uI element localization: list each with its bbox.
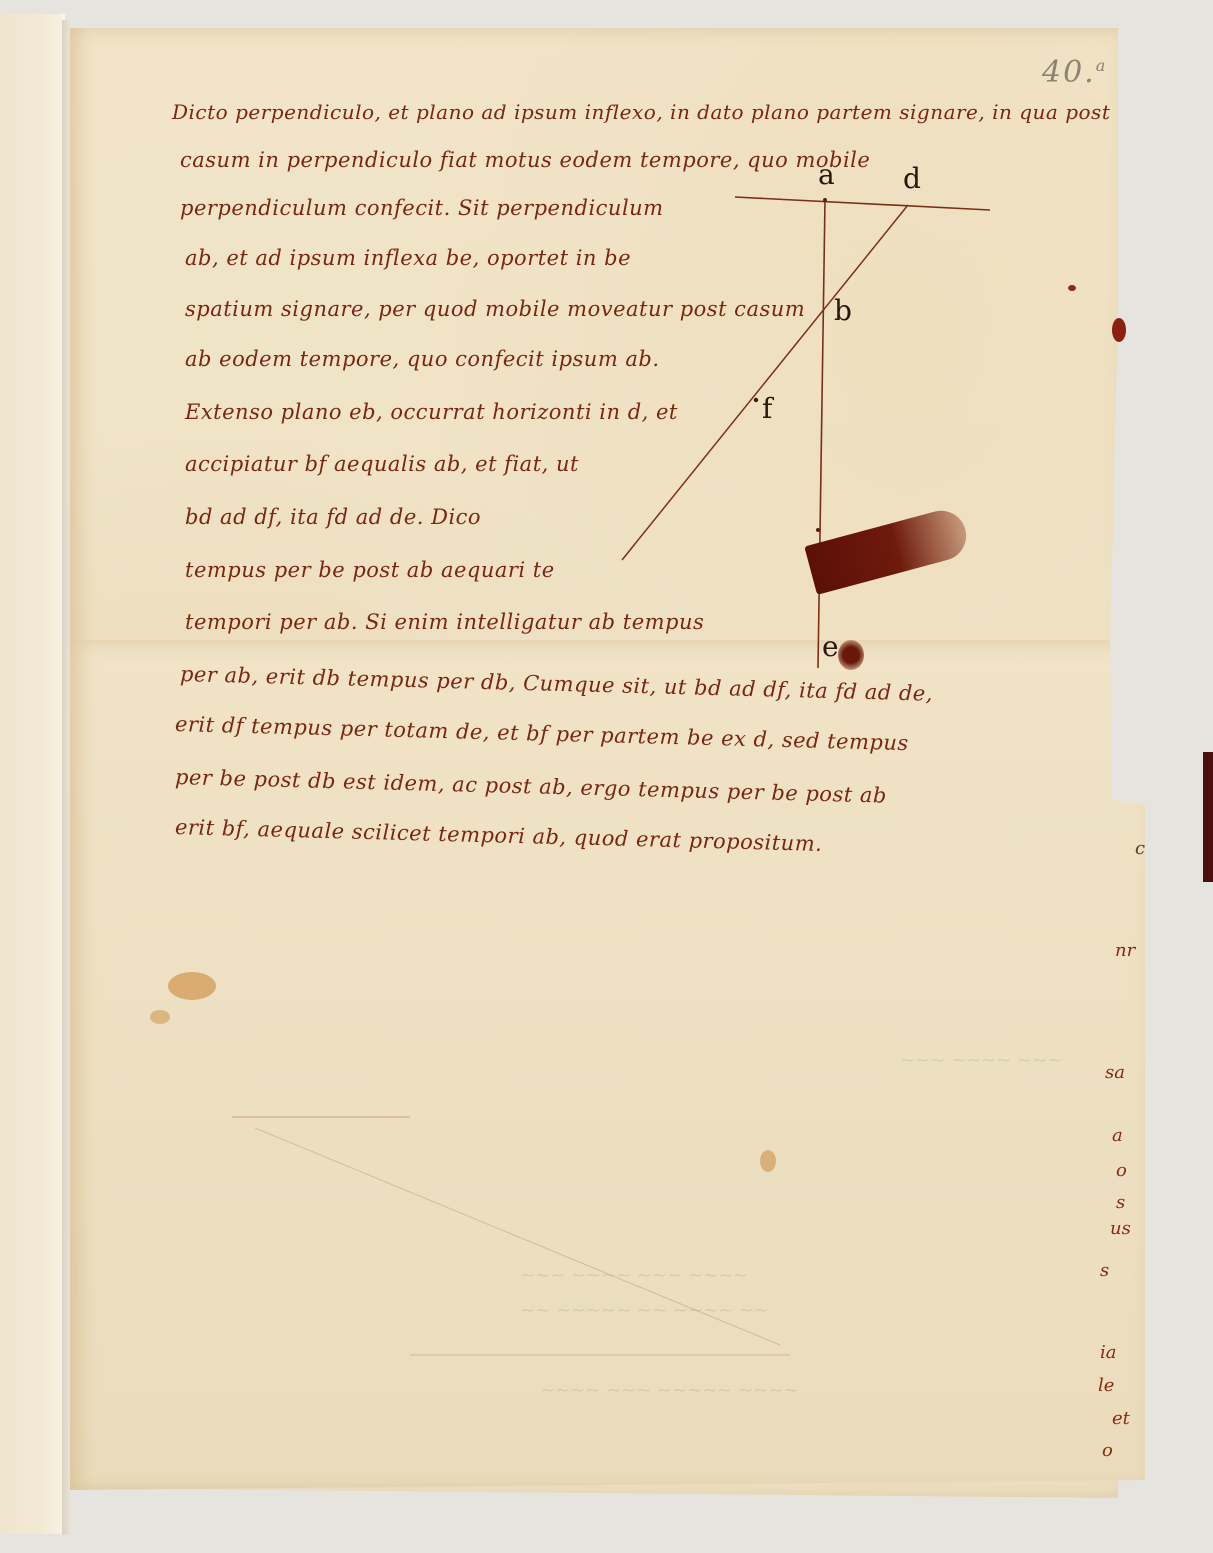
bleed-through-text: ~~~ ~~~~ ~~~ ~~~~ [520,1265,748,1286]
margin-fragment: us [1110,1218,1131,1239]
diagram-label-d: d [903,162,921,195]
folio-number: 40.a [1042,55,1107,90]
margin-fragment: o [1102,1440,1113,1461]
bleed-through-text: ~~~ ~~~~ ~~~ [900,1050,1062,1071]
margin-fragment: et [1112,1408,1130,1429]
text-line-1: Dicto perpendiculo, et plano ad ipsum in… [172,100,1110,124]
text-line-11: tempori per ab. Si enim intelligatur ab … [185,610,704,634]
margin-fragment: s [1100,1260,1109,1281]
margin-fragment: a [1112,1125,1123,1146]
foxing-stain [1112,318,1126,342]
diagram-label-b: b [834,294,852,327]
text-line-10: tempus per be post ab aequari te [185,558,555,582]
margin-fragment: le [1098,1375,1114,1396]
text-line-7: Extenso plano eb, occurrat horizonti in … [185,400,678,424]
foxing-stain [1068,285,1076,291]
margin-fragment: sa [1105,1062,1125,1083]
margin-fragment: c [1135,838,1145,859]
text-line-9: bd ad df, ita fd ad de. Dico [185,505,481,529]
text-line-3: perpendiculum confecit. Sit perpendiculu… [180,196,664,220]
bleed-through-text: ~~ ~~~~~ ~~ ~~~~ ~~ [520,1300,769,1321]
margin-fragment: s [1116,1192,1125,1213]
foxing-stain [150,1010,170,1024]
diagram-label-e: e [822,630,839,663]
diagram-label-f: f [762,392,772,425]
foxing-stain [760,1150,776,1172]
margin-fragment: ia [1100,1342,1117,1363]
text-line-4: ab, et ad ipsum inflexa be, oportet in b… [185,246,631,270]
background-tab [1203,752,1213,882]
facing-page-edge [0,14,65,1534]
margin-fragment: nr [1115,940,1135,961]
bleed-through-text: ~~~~ ~~~ ~~~~~ ~~~~ [540,1380,798,1401]
text-line-5: spatium signare, per quod mobile moveatu… [185,297,805,321]
ink-blot [838,640,864,670]
margin-fragment: o [1116,1160,1127,1181]
text-line-2: casum in perpendiculo fiat motus eodem t… [180,148,870,172]
diagram-label-a: a [818,158,835,191]
text-line-8: accipiatur bf aequalis ab, et fiat, ut [185,452,579,476]
text-line-6: ab eodem tempore, quo confecit ipsum ab. [185,347,660,371]
foxing-stain [168,972,216,1000]
